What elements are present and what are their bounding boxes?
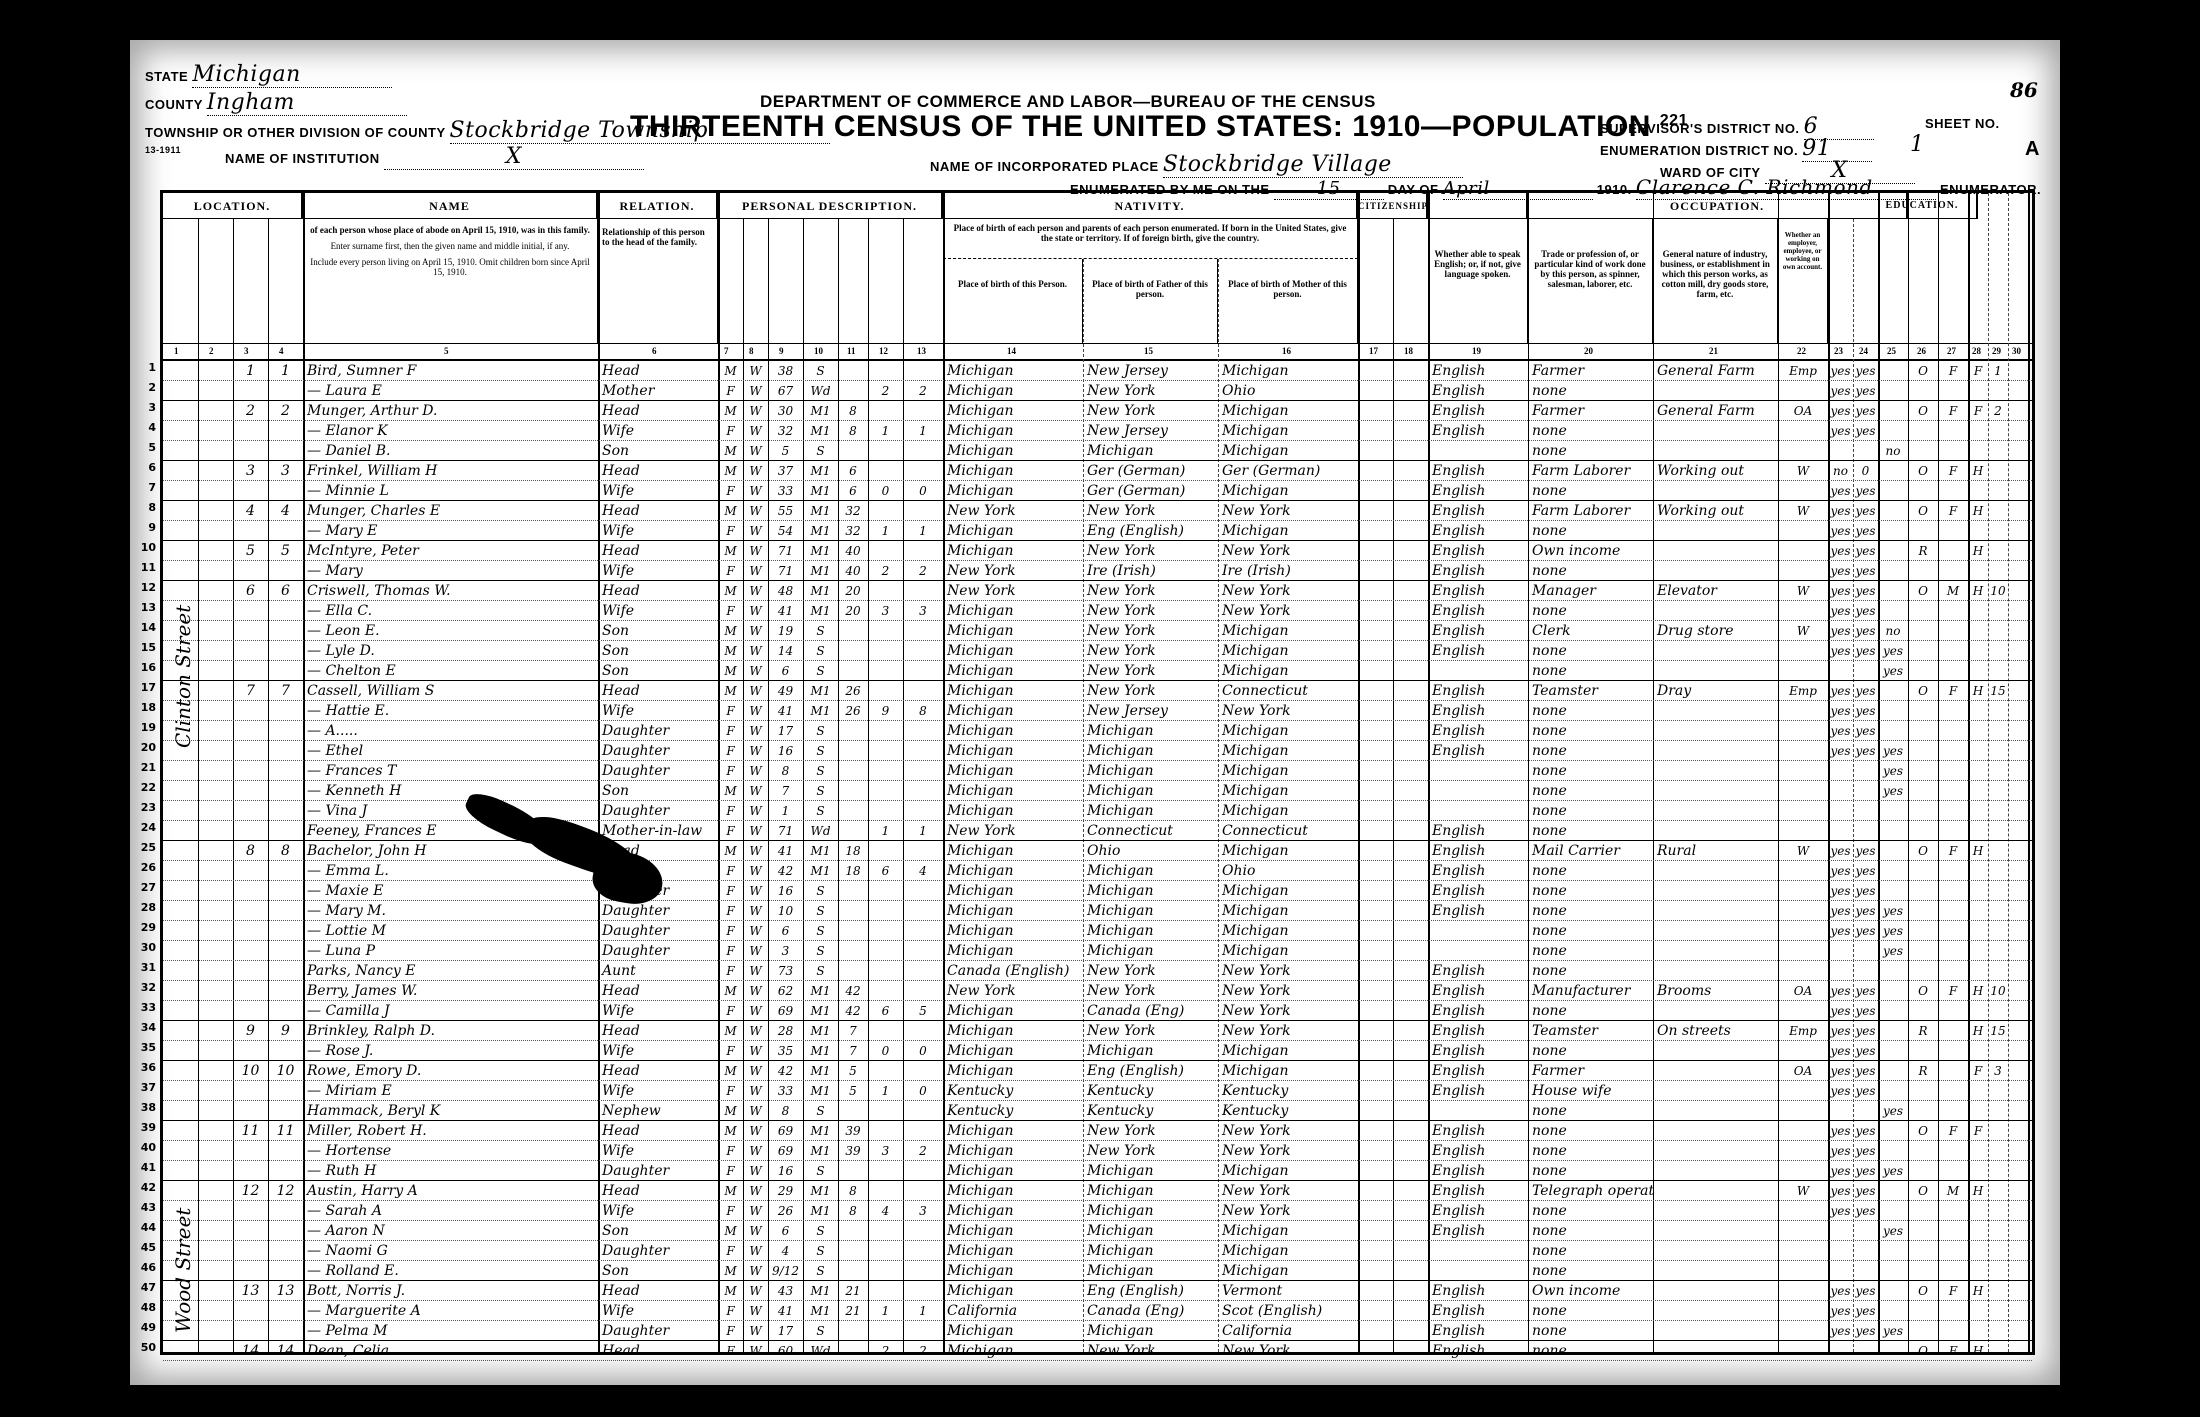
cell-sex: F bbox=[718, 381, 743, 401]
cell-owned: O bbox=[1908, 501, 1938, 521]
table-row: — Elanor KWifeFW32M1811MichiganNew Jerse… bbox=[163, 421, 2032, 441]
cell-yrs: 42 bbox=[838, 981, 868, 1001]
cell-sched bbox=[1988, 501, 2008, 521]
cell-sex: F bbox=[718, 961, 743, 981]
cell-born: 2 bbox=[868, 381, 903, 401]
cell-living bbox=[903, 801, 943, 821]
incorporated-label: NAME OF INCORPORATED PLACE bbox=[930, 159, 1159, 174]
cell-living bbox=[903, 401, 943, 421]
cell-sched bbox=[1988, 441, 2008, 461]
cell-free bbox=[1938, 601, 1968, 621]
cell-read: yes bbox=[1828, 881, 1853, 901]
cell-sched bbox=[1988, 701, 2008, 721]
cell-age: 42 bbox=[768, 861, 803, 881]
cell-english: English bbox=[1428, 1021, 1528, 1041]
cell-born bbox=[868, 1101, 903, 1121]
cell-free bbox=[1938, 721, 1968, 741]
cell-yrs bbox=[838, 901, 868, 921]
cell-living bbox=[903, 441, 943, 461]
cell-mother: Michigan bbox=[1218, 901, 1358, 921]
column-number: 27 bbox=[1947, 346, 1956, 356]
cell-family: 8 bbox=[268, 841, 303, 861]
cell-sex: F bbox=[718, 861, 743, 881]
cell-house bbox=[1968, 1161, 1988, 1181]
cell-write bbox=[1853, 1261, 1878, 1281]
cell-relation: Head bbox=[598, 1181, 718, 1201]
cell-dwelling bbox=[233, 441, 268, 461]
cell-industry bbox=[1653, 1001, 1778, 1021]
relation-column-header: Relationship of this person to the head … bbox=[598, 219, 718, 343]
cell-father: Michigan bbox=[1083, 941, 1218, 961]
cell-industry: Working out bbox=[1653, 461, 1778, 481]
cell-english bbox=[1428, 941, 1528, 961]
cell-name: — Ruth H bbox=[303, 1161, 598, 1181]
line-number: 6 bbox=[130, 461, 156, 474]
cell-race: W bbox=[743, 1201, 768, 1221]
cell-employ: W bbox=[1778, 501, 1828, 521]
cell-house bbox=[1968, 621, 1988, 641]
cell-birth: New York bbox=[943, 501, 1083, 521]
cell-dwelling bbox=[233, 761, 268, 781]
cell-mother: Michigan bbox=[1218, 401, 1358, 421]
cell-school bbox=[1878, 1021, 1908, 1041]
cell-yrs: 18 bbox=[838, 861, 868, 881]
cell-free: F bbox=[1938, 1121, 1968, 1141]
cell-birth: Michigan bbox=[943, 881, 1083, 901]
cell-house bbox=[1968, 941, 1988, 961]
cell-relation: Head bbox=[598, 1021, 718, 1041]
cell-mother: New York bbox=[1218, 501, 1358, 521]
cell-industry: Dray bbox=[1653, 681, 1778, 701]
cell-relation: Head bbox=[598, 361, 718, 381]
table-row: — Laura EMotherFW67Wd22MichiganNew YorkO… bbox=[163, 381, 2032, 401]
column-number: 3 bbox=[244, 346, 249, 356]
cell-living bbox=[903, 641, 943, 661]
cell-employ bbox=[1778, 1141, 1828, 1161]
cell-free: F bbox=[1938, 401, 1968, 421]
cell-english: English bbox=[1428, 1321, 1528, 1341]
line-number: 4 bbox=[130, 421, 156, 434]
table-row: 1111Miller, Robert H.HeadMW69M139Michiga… bbox=[163, 1121, 2032, 1141]
cell-house: F bbox=[1968, 1121, 1988, 1141]
line-number: 19 bbox=[130, 721, 156, 734]
cell-owned bbox=[1908, 881, 1938, 901]
cell-trade: none bbox=[1528, 761, 1653, 781]
cell-house bbox=[1968, 661, 1988, 681]
cell-name: — Ella C. bbox=[303, 601, 598, 621]
cell-mother: Ger (German) bbox=[1218, 461, 1358, 481]
cell-dwelling bbox=[233, 861, 268, 881]
cell-born bbox=[868, 981, 903, 1001]
column-number: 19 bbox=[1472, 346, 1481, 356]
cell-english: English bbox=[1428, 841, 1528, 861]
cell-born bbox=[868, 1161, 903, 1181]
cell-industry bbox=[1653, 801, 1778, 821]
line-number: 27 bbox=[130, 881, 156, 894]
cell-race: W bbox=[743, 441, 768, 461]
cell-owned: R bbox=[1908, 1061, 1938, 1081]
cell-race: W bbox=[743, 1301, 768, 1321]
cell-living bbox=[903, 921, 943, 941]
cell-free bbox=[1938, 381, 1968, 401]
cell-free bbox=[1938, 1041, 1968, 1061]
cell-birth: Michigan bbox=[943, 1261, 1083, 1281]
cell-relation: Wife bbox=[598, 1141, 718, 1161]
cell-read: yes bbox=[1828, 541, 1853, 561]
cell-relation: Wife bbox=[598, 421, 718, 441]
cell-sched: 10 bbox=[1988, 981, 2008, 1001]
cell-born: 6 bbox=[868, 1001, 903, 1021]
cell-industry: Drug store bbox=[1653, 621, 1778, 641]
county-field: COUNTY Ingham bbox=[145, 90, 407, 116]
cell-race: W bbox=[743, 541, 768, 561]
cell-born bbox=[868, 1281, 903, 1301]
cell-marital: S bbox=[803, 621, 838, 641]
cell-school bbox=[1878, 1241, 1908, 1261]
cell-school bbox=[1878, 501, 1908, 521]
cell-sched bbox=[1988, 461, 2008, 481]
column-number: 7 bbox=[724, 346, 729, 356]
cell-name: — Elanor K bbox=[303, 421, 598, 441]
cell-relation: Wife bbox=[598, 481, 718, 501]
cell-employ bbox=[1778, 1341, 1828, 1361]
cell-living: 2 bbox=[903, 1341, 943, 1361]
cell-free bbox=[1938, 701, 1968, 721]
cell-employ bbox=[1778, 421, 1828, 441]
cell-family bbox=[268, 1161, 303, 1181]
cell-birth: Michigan bbox=[943, 801, 1083, 821]
census-sheet: STATE Michigan COUNTY Ingham TOWNSHIP OR… bbox=[130, 40, 2060, 1385]
cell-read: yes bbox=[1828, 561, 1853, 581]
cell-relation: Daughter bbox=[598, 921, 718, 941]
cell-sex: F bbox=[718, 561, 743, 581]
cell-birth: Michigan bbox=[943, 781, 1083, 801]
cell-house bbox=[1968, 421, 1988, 441]
cell-free: F bbox=[1938, 841, 1968, 861]
cell-read: yes bbox=[1828, 501, 1853, 521]
cell-mother: Michigan bbox=[1218, 521, 1358, 541]
table-row: — HortenseWifeFW69M13932MichiganNew York… bbox=[163, 1141, 2032, 1161]
cell-trade: none bbox=[1528, 921, 1653, 941]
cell-employ bbox=[1778, 381, 1828, 401]
cell-dwelling: 11 bbox=[233, 1121, 268, 1141]
cell-living bbox=[903, 761, 943, 781]
cell-industry bbox=[1653, 1081, 1778, 1101]
cell-name: Parks, Nancy E bbox=[303, 961, 598, 981]
cell-race: W bbox=[743, 421, 768, 441]
cell-marital: Wd bbox=[803, 381, 838, 401]
cell-marital: M1 bbox=[803, 421, 838, 441]
cell-living: 1 bbox=[903, 521, 943, 541]
table-row: — Camilla JWifeFW69M14265MichiganCanada … bbox=[163, 1001, 2032, 1021]
cell-mother: Kentucky bbox=[1218, 1081, 1358, 1101]
cell-father: New York bbox=[1083, 981, 1218, 1001]
line-number: 15 bbox=[130, 641, 156, 654]
cell-family: 7 bbox=[268, 681, 303, 701]
cell-sched bbox=[1988, 881, 2008, 901]
cell-living bbox=[903, 1321, 943, 1341]
column-number: 28 bbox=[1972, 346, 1981, 356]
cell-house: H bbox=[1968, 461, 1988, 481]
cell-english: English bbox=[1428, 501, 1528, 521]
cell-age: 29 bbox=[768, 1181, 803, 1201]
cell-born bbox=[868, 661, 903, 681]
cell-sex: M bbox=[718, 621, 743, 641]
cell-yrs bbox=[838, 1101, 868, 1121]
cell-marital: S bbox=[803, 941, 838, 961]
cell-dwelling bbox=[233, 941, 268, 961]
cell-birth: Michigan bbox=[943, 401, 1083, 421]
cell-employ: Emp bbox=[1778, 361, 1828, 381]
cell-relation: Daughter bbox=[598, 1161, 718, 1181]
cell-yrs: 40 bbox=[838, 561, 868, 581]
cell-name: Cassell, William S bbox=[303, 681, 598, 701]
table-row: — EthelDaughterFW16SMichiganMichiganMich… bbox=[163, 741, 2032, 761]
cell-yrs bbox=[838, 361, 868, 381]
cell-living bbox=[903, 721, 943, 741]
name-note1: Enter surname first, then the given name… bbox=[309, 241, 591, 251]
cell-house bbox=[1968, 1041, 1988, 1061]
cell-father: New York bbox=[1083, 681, 1218, 701]
cell-family bbox=[268, 1001, 303, 1021]
cell-sched: 10 bbox=[1988, 581, 2008, 601]
cell-employ bbox=[1778, 1161, 1828, 1181]
cell-employ: Emp bbox=[1778, 681, 1828, 701]
cell-age: 30 bbox=[768, 401, 803, 421]
group-citizenship: CITIZENSHIP. bbox=[1358, 193, 1428, 219]
cell-employ: OA bbox=[1778, 401, 1828, 421]
cell-yrs: 42 bbox=[838, 1001, 868, 1021]
cell-age: 26 bbox=[768, 1201, 803, 1221]
state-label: STATE bbox=[145, 69, 188, 84]
cell-owned bbox=[1908, 1301, 1938, 1321]
cell-read: yes bbox=[1828, 861, 1853, 881]
cell-name: — Lyle D. bbox=[303, 641, 598, 661]
cell-write: yes bbox=[1853, 401, 1878, 421]
cell-sched bbox=[1988, 761, 2008, 781]
cell-yrs: 6 bbox=[838, 481, 868, 501]
cell-industry bbox=[1653, 781, 1778, 801]
cell-school bbox=[1878, 581, 1908, 601]
cell-father: New York bbox=[1083, 1141, 1218, 1161]
cell-free bbox=[1938, 561, 1968, 581]
cell-dwelling: 13 bbox=[233, 1281, 268, 1301]
cell-yrs bbox=[838, 621, 868, 641]
cell-owned bbox=[1908, 1141, 1938, 1161]
cell-father: New York bbox=[1083, 601, 1218, 621]
cell-father: Connecticut bbox=[1083, 821, 1218, 841]
cell-age: 4 bbox=[768, 1241, 803, 1261]
cell-name: Munger, Charles E bbox=[303, 501, 598, 521]
cell-school bbox=[1878, 681, 1908, 701]
cell-father: Michigan bbox=[1083, 1321, 1218, 1341]
cell-industry bbox=[1653, 441, 1778, 461]
cell-marital: S bbox=[803, 921, 838, 941]
cell-mother: Michigan bbox=[1218, 1261, 1358, 1281]
line-number: 21 bbox=[130, 761, 156, 774]
cell-race: W bbox=[743, 921, 768, 941]
cell-trade: none bbox=[1528, 1101, 1653, 1121]
cell-marital: M1 bbox=[803, 981, 838, 1001]
cell-yrs bbox=[838, 1241, 868, 1261]
cell-birth: Michigan bbox=[943, 1001, 1083, 1021]
cell-industry bbox=[1653, 1241, 1778, 1261]
cell-sched: 1 bbox=[1988, 361, 2008, 381]
cell-school: yes bbox=[1878, 921, 1908, 941]
cell-english: English bbox=[1428, 981, 1528, 1001]
cell-living: 2 bbox=[903, 561, 943, 581]
cell-name: — Mary M. bbox=[303, 901, 598, 921]
cell-trade: none bbox=[1528, 1041, 1653, 1061]
cell-living bbox=[903, 1281, 943, 1301]
punch-hole bbox=[90, 495, 118, 517]
cell-write: yes bbox=[1853, 1301, 1878, 1321]
cell-read: yes bbox=[1828, 1281, 1853, 1301]
cell-read: yes bbox=[1828, 1321, 1853, 1341]
cell-race: W bbox=[743, 741, 768, 761]
table-row: — Hattie E.WifeFW41M12698MichiganNew Jer… bbox=[163, 701, 2032, 721]
cell-school: yes bbox=[1878, 781, 1908, 801]
cell-born bbox=[868, 1021, 903, 1041]
line-number: 22 bbox=[130, 781, 156, 794]
cell-birth: New York bbox=[943, 581, 1083, 601]
cell-write: yes bbox=[1853, 501, 1878, 521]
table-row: — Mary EWifeFW54M13211MichiganEng (Engli… bbox=[163, 521, 2032, 541]
cell-trade: none bbox=[1528, 781, 1653, 801]
cell-father: New York bbox=[1083, 501, 1218, 521]
cell-school: yes bbox=[1878, 1161, 1908, 1181]
cell-industry bbox=[1653, 1261, 1778, 1281]
cell-employ bbox=[1778, 801, 1828, 821]
cell-industry bbox=[1653, 921, 1778, 941]
cell-born bbox=[868, 1181, 903, 1201]
cell-father: New York bbox=[1083, 1341, 1218, 1361]
cell-industry bbox=[1653, 1321, 1778, 1341]
cell-race: W bbox=[743, 1261, 768, 1281]
cell-free bbox=[1938, 881, 1968, 901]
cell-sched bbox=[1988, 861, 2008, 881]
cell-industry bbox=[1653, 601, 1778, 621]
cell-name: — Daniel B. bbox=[303, 441, 598, 461]
cell-yrs: 39 bbox=[838, 1141, 868, 1161]
cell-birth: Michigan bbox=[943, 361, 1083, 381]
cell-write bbox=[1853, 1241, 1878, 1261]
cell-free bbox=[1938, 1021, 1968, 1041]
cell-marital: M1 bbox=[803, 501, 838, 521]
cell-family: 14 bbox=[268, 1341, 303, 1361]
cell-mother: Ohio bbox=[1218, 381, 1358, 401]
cell-family bbox=[268, 1221, 303, 1241]
cell-employ: W bbox=[1778, 1181, 1828, 1201]
cell-employ bbox=[1778, 521, 1828, 541]
cell-mother: New York bbox=[1218, 1201, 1358, 1221]
cell-name: — Naomi G bbox=[303, 1241, 598, 1261]
cell-marital: M1 bbox=[803, 701, 838, 721]
cell-mother: New York bbox=[1218, 961, 1358, 981]
cell-birth: Michigan bbox=[943, 861, 1083, 881]
cell-house bbox=[1968, 521, 1988, 541]
cell-relation: Son bbox=[598, 781, 718, 801]
cell-owned: O bbox=[1908, 461, 1938, 481]
cell-marital: S bbox=[803, 741, 838, 761]
cell-english: English bbox=[1428, 361, 1528, 381]
cell-birth: Michigan bbox=[943, 741, 1083, 761]
cell-age: 60 bbox=[768, 1341, 803, 1361]
cell-relation: Son bbox=[598, 441, 718, 461]
table-row: — Sarah AWifeFW26M1843MichiganMichiganNe… bbox=[163, 1201, 2032, 1221]
cell-sched bbox=[1988, 621, 2008, 641]
cell-sex: F bbox=[718, 1161, 743, 1181]
cell-school bbox=[1878, 601, 1908, 621]
cell-birth: New York bbox=[943, 821, 1083, 841]
cell-father: Michigan bbox=[1083, 801, 1218, 821]
cell-age: 19 bbox=[768, 621, 803, 641]
cell-trade: none bbox=[1528, 721, 1653, 741]
cell-owned bbox=[1908, 381, 1938, 401]
cell-owned bbox=[1908, 861, 1938, 881]
cell-name: Criswell, Thomas W. bbox=[303, 581, 598, 601]
line-number: 37 bbox=[130, 1081, 156, 1094]
cell-read: yes bbox=[1828, 921, 1853, 941]
cell-race: W bbox=[743, 821, 768, 841]
cell-school: no bbox=[1878, 441, 1908, 461]
cell-relation: Wife bbox=[598, 521, 718, 541]
cell-living bbox=[903, 941, 943, 961]
cell-trade: none bbox=[1528, 1201, 1653, 1221]
cell-living bbox=[903, 841, 943, 861]
cell-race: W bbox=[743, 781, 768, 801]
cell-marital: S bbox=[803, 661, 838, 681]
cell-age: 17 bbox=[768, 721, 803, 741]
cell-trade: Own income bbox=[1528, 541, 1653, 561]
cell-birth: New York bbox=[943, 981, 1083, 1001]
cell-sex: M bbox=[718, 681, 743, 701]
cell-write: 0 bbox=[1853, 461, 1878, 481]
cell-living: 0 bbox=[903, 481, 943, 501]
cell-english: English bbox=[1428, 1221, 1528, 1241]
cell-born: 1 bbox=[868, 821, 903, 841]
cell-marital: M1 bbox=[803, 1181, 838, 1201]
cell-mother: Michigan bbox=[1218, 361, 1358, 381]
cell-living bbox=[903, 1101, 943, 1121]
cell-english bbox=[1428, 661, 1528, 681]
cell-living: 5 bbox=[903, 1001, 943, 1021]
cell-industry bbox=[1653, 421, 1778, 441]
cell-born bbox=[868, 721, 903, 741]
cell-industry: Working out bbox=[1653, 501, 1778, 521]
cell-dwelling bbox=[233, 421, 268, 441]
cell-age: 16 bbox=[768, 1161, 803, 1181]
cell-dwelling bbox=[233, 641, 268, 661]
birth-mother-header: Place of birth of Mother of this person. bbox=[1218, 259, 1358, 343]
cell-relation: Head bbox=[598, 401, 718, 421]
cell-read: yes bbox=[1828, 481, 1853, 501]
cell-free bbox=[1938, 921, 1968, 941]
cell-employ: W bbox=[1778, 841, 1828, 861]
cell-marital: M1 bbox=[803, 681, 838, 701]
cell-trade: none bbox=[1528, 901, 1653, 921]
cell-marital: S bbox=[803, 721, 838, 741]
cell-dwelling bbox=[233, 821, 268, 841]
cell-owned bbox=[1908, 521, 1938, 541]
cell-read bbox=[1828, 1101, 1853, 1121]
cell-relation: Head bbox=[598, 681, 718, 701]
cell-industry bbox=[1653, 661, 1778, 681]
cell-english: English bbox=[1428, 961, 1528, 981]
cell-family bbox=[268, 441, 303, 461]
cell-father: Eng (English) bbox=[1083, 1061, 1218, 1081]
cell-age: 49 bbox=[768, 681, 803, 701]
